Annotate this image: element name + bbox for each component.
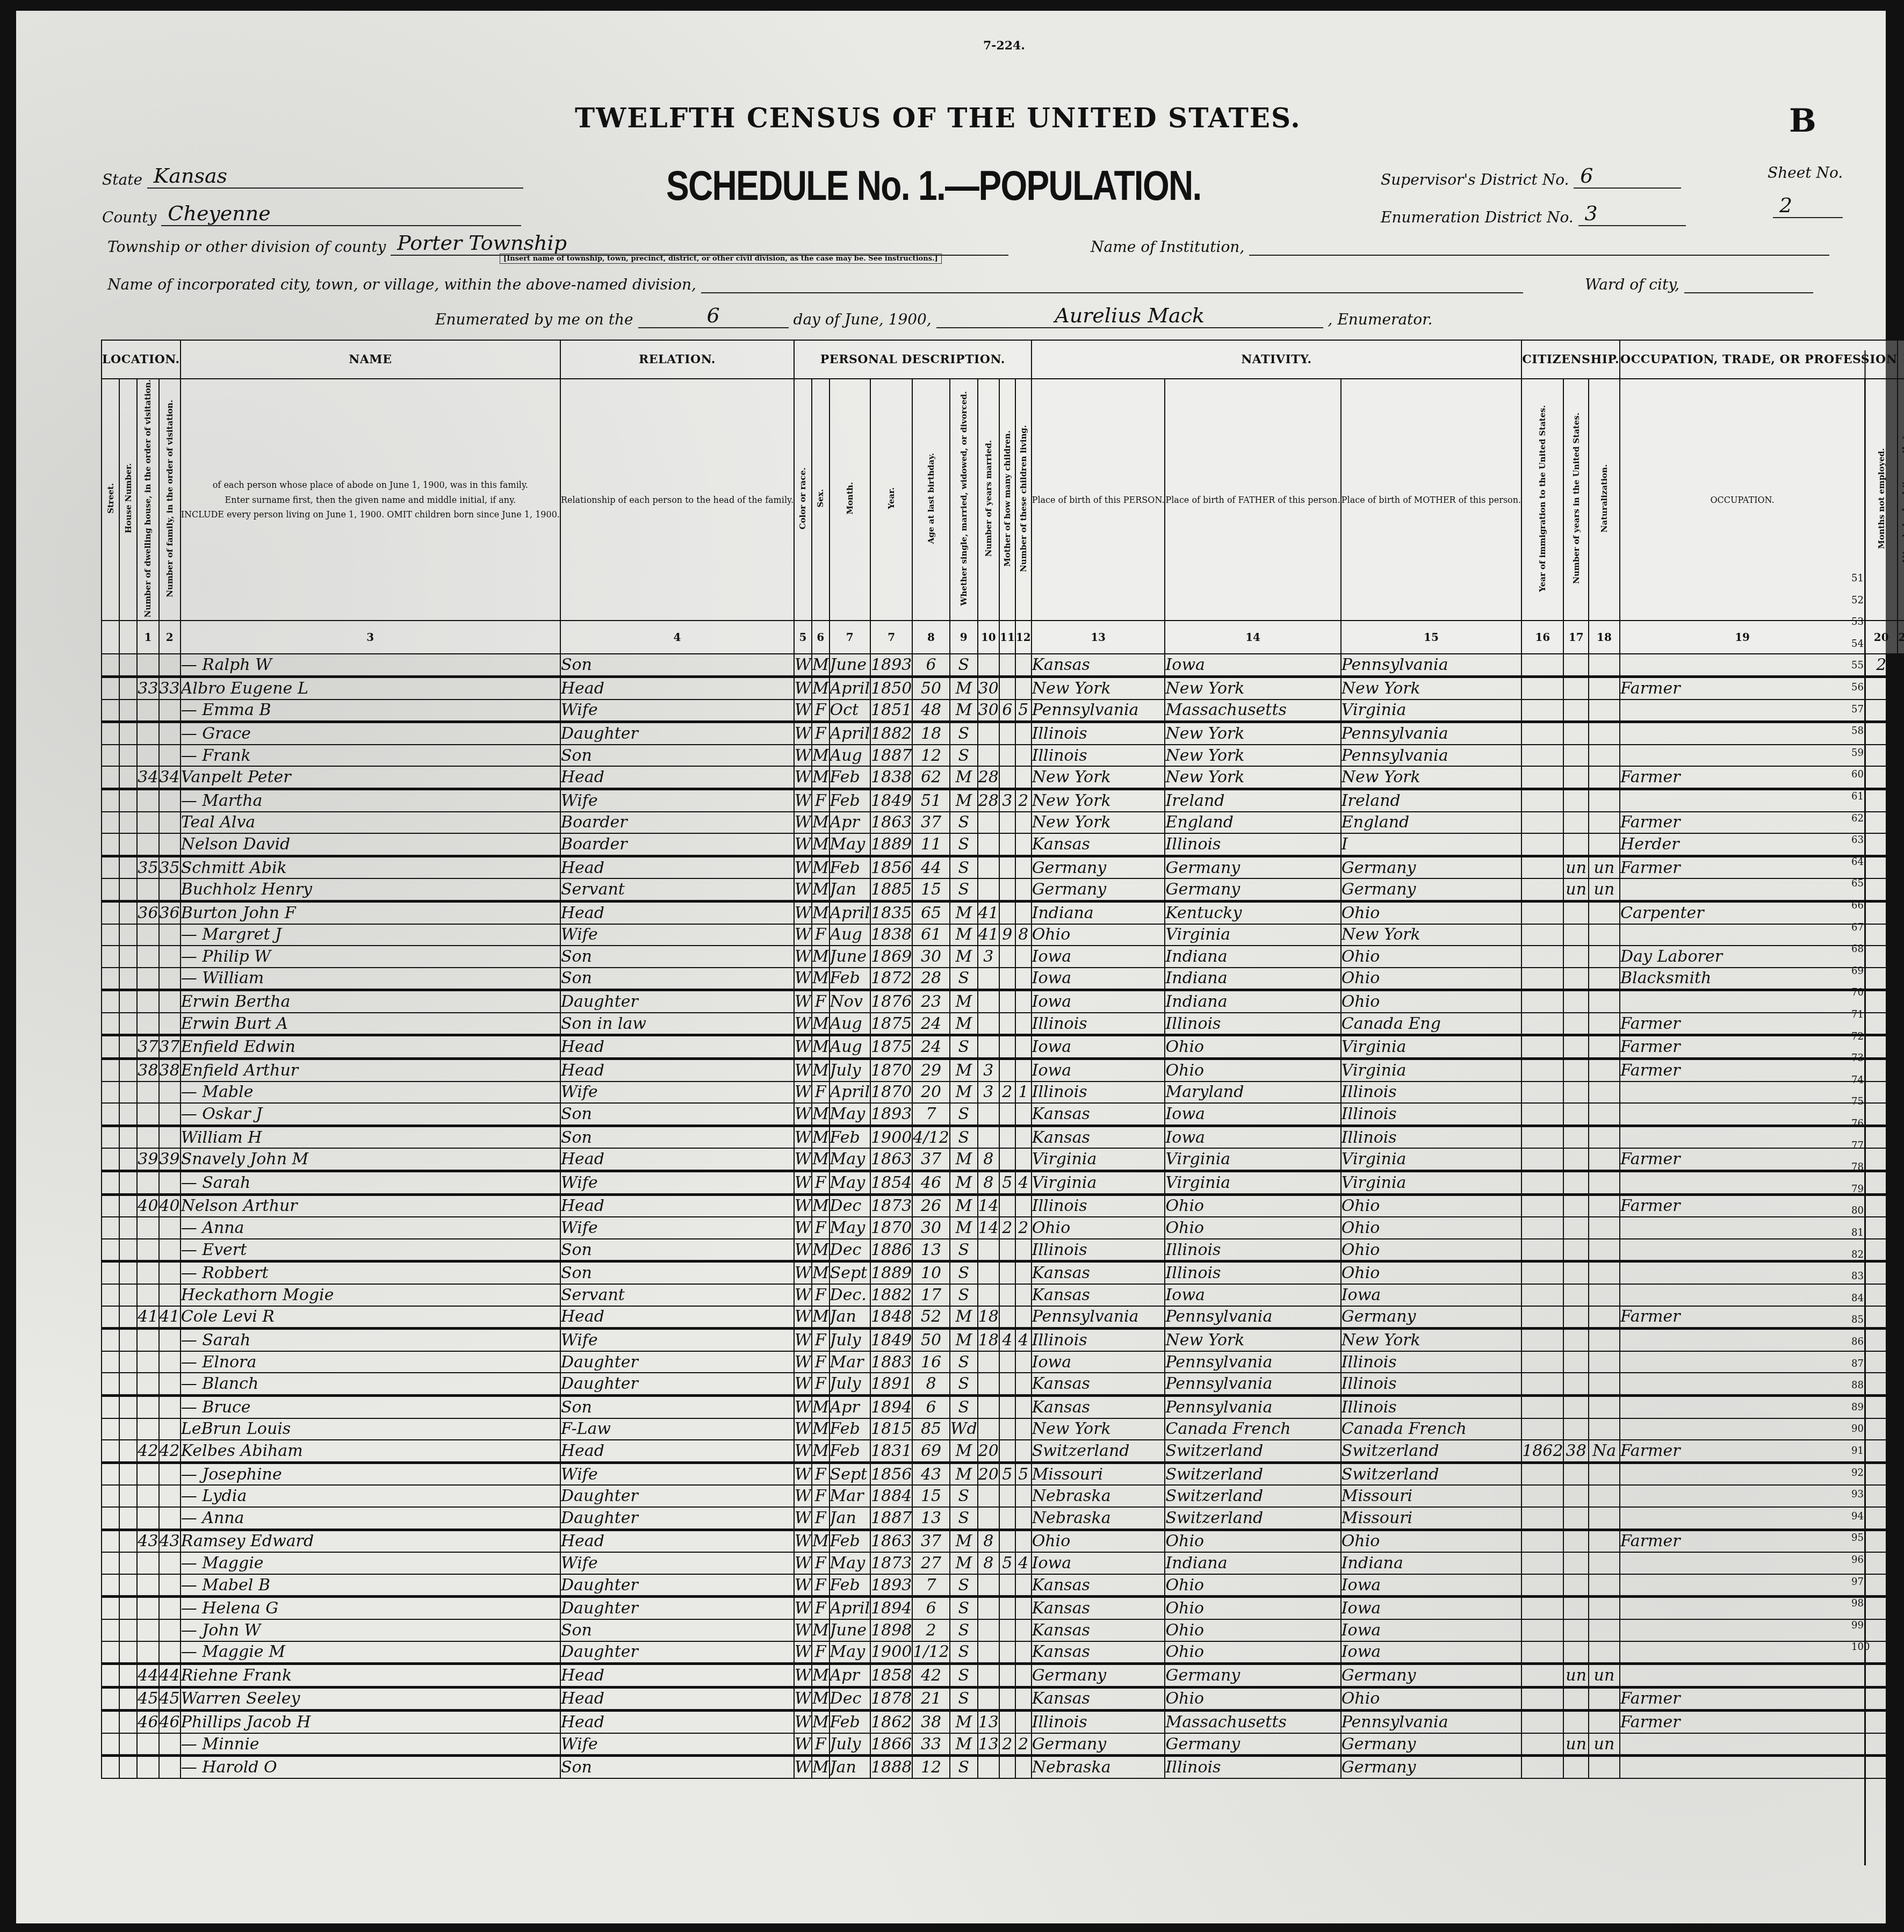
cell-empty (102, 766, 119, 789)
cell-rel: Servant (560, 878, 794, 901)
cell-name: — Lydia (181, 1485, 560, 1507)
sheet-number-field: 2 (1773, 193, 1843, 218)
cell-pob_m: Missouri (1341, 1507, 1521, 1530)
cell-year: 1900 (870, 1641, 912, 1664)
cell-mother (999, 1756, 1015, 1778)
cell-year: 1849 (870, 1329, 912, 1351)
cell-yrs_us (1563, 1507, 1588, 1530)
cell-unemp (1865, 1418, 1898, 1440)
cell-occ (1620, 1664, 1865, 1688)
cell-school: 8 (1898, 1261, 1904, 1284)
cell-name: — Blanch (181, 1373, 560, 1395)
cell-nat (1589, 901, 1620, 924)
cell-fam (159, 1619, 181, 1641)
cell-fam (159, 1329, 181, 1351)
column-label: Street. (106, 483, 116, 514)
cell-occ (1620, 1619, 1865, 1641)
cell-empty (102, 1418, 119, 1440)
cell-name: Buchholz Henry (181, 878, 560, 901)
cell-pob_m: New York (1341, 924, 1521, 946)
cell-nat: un (1589, 878, 1620, 901)
cell-dw (137, 1418, 158, 1440)
cell-marital: M (950, 766, 978, 789)
cell-occ: Carpenter (1620, 901, 1865, 924)
cell-occ (1620, 1103, 1865, 1126)
cell-color: W (794, 1597, 812, 1619)
cell-empty (102, 1756, 119, 1778)
cell-pob_f: Illinois (1165, 1756, 1340, 1778)
cell-empty (102, 1373, 119, 1395)
cell-pob_f: Canada French (1165, 1418, 1340, 1440)
cell-marital: S (950, 1261, 978, 1284)
cell-fam (159, 1103, 181, 1126)
cell-empty (119, 745, 137, 767)
state-field: State Kansas (102, 164, 523, 189)
column-number: 9 (950, 621, 978, 654)
cell-name: Warren Seeley (181, 1687, 560, 1711)
cell-age: 12 (912, 1756, 949, 1778)
cell-fam (159, 1507, 181, 1530)
cell-age: 12 (912, 745, 949, 767)
cell-imm (1521, 700, 1563, 722)
cell-living (1015, 1597, 1032, 1619)
cell-empty (102, 1171, 119, 1195)
table-row: — AnnaDaughterWFJan188713SNebraskaSwitze… (102, 1507, 1904, 1530)
cell-fam (159, 833, 181, 856)
cell-month: May (830, 1552, 870, 1574)
cell-pob: Ohio (1032, 924, 1165, 946)
cell-age: 38 (912, 1711, 949, 1733)
cell-name: Albro Eugene L (181, 676, 560, 699)
cell-mother (999, 1507, 1015, 1530)
cell-pob: Kansas (1032, 1373, 1165, 1395)
name-instruction-name_include: INCLUDE every person living on June 1, 1… (181, 509, 560, 520)
cell-empty (119, 1082, 137, 1104)
cell-marital: S (950, 968, 978, 990)
line-number: 61 (1851, 791, 1864, 802)
cell-mother (999, 722, 1015, 745)
cell-fam: 44 (159, 1664, 181, 1688)
cell-color: W (794, 1756, 812, 1778)
cell-nat (1589, 1035, 1620, 1059)
cell-occ (1620, 1552, 1865, 1574)
cell-sex: M (812, 856, 830, 878)
cell-empty (119, 901, 137, 924)
cell-empty (119, 766, 137, 789)
cell-empty (119, 1756, 137, 1778)
table-row: — AnnaWifeWFMay187030M1422OhioOhioOhioye… (102, 1217, 1904, 1239)
cell-yrs_m (978, 968, 999, 990)
cell-pob: Illinois (1032, 1329, 1165, 1351)
table-row: — ElnoraDaughterWFMar188316SIowaPennsylv… (102, 1351, 1904, 1373)
cell-yrs_us (1563, 1462, 1588, 1485)
cell-empty (102, 833, 119, 856)
cell-marital: M (950, 1462, 978, 1485)
cell-rel: F-Law (560, 1418, 794, 1440)
cell-unemp (1865, 1711, 1898, 1733)
cell-pob_m: New York (1341, 1329, 1521, 1351)
cell-school (1898, 1035, 1904, 1059)
cell-imm (1521, 1239, 1563, 1261)
cell-month: Sept (830, 1261, 870, 1284)
cell-pob_m: Virginia (1341, 1171, 1521, 1195)
cell-name: Teal Alva (181, 812, 560, 834)
column-number: 13 (1032, 621, 1165, 654)
personal-description-group-header: PERSONAL DESCRIPTION. (794, 340, 1032, 379)
cell-living: 1 (1015, 1082, 1032, 1104)
cell-month: May (830, 1217, 870, 1239)
cell-living (1015, 878, 1032, 901)
city-value (701, 269, 714, 292)
cell-dw: 43 (137, 1530, 158, 1552)
cell-age: 62 (912, 766, 949, 789)
cell-fam (159, 878, 181, 901)
cell-nat (1589, 1329, 1620, 1351)
cell-imm (1521, 946, 1563, 968)
cell-imm (1521, 901, 1563, 924)
cell-living (1015, 1485, 1032, 1507)
cell-year: 1851 (870, 700, 912, 722)
cell-pob: Nebraska (1032, 1756, 1165, 1778)
cell-age: 15 (912, 878, 949, 901)
cell-sex: M (812, 878, 830, 901)
cell-pob: Illinois (1032, 1013, 1165, 1035)
cell-sex: M (812, 1711, 830, 1733)
location-group-header: LOCATION. (102, 340, 181, 379)
line-number: 51 (1851, 573, 1864, 584)
cell-rel: Son (560, 654, 794, 676)
cell-pob_m: England (1341, 812, 1521, 834)
enumerated-suffix: day of June, 1900, (793, 311, 931, 328)
cell-month: Jan (830, 1306, 870, 1329)
cell-age: 29 (912, 1059, 949, 1082)
relation-column-description: Relationship of each person to the head … (560, 379, 794, 621)
cell-empty (102, 1013, 119, 1035)
cell-yrs_m: 8 (978, 1148, 999, 1171)
cell-nat (1589, 789, 1620, 811)
cell-marital: M (950, 990, 978, 1013)
cell-nat (1589, 1217, 1620, 1239)
line-number: 99 (1851, 1620, 1864, 1631)
cell-age: 37 (912, 812, 949, 834)
cell-fam (159, 722, 181, 745)
cell-nat (1589, 968, 1620, 990)
cell-imm (1521, 676, 1563, 699)
cell-mother (999, 1126, 1015, 1148)
cell-empty (119, 1597, 137, 1619)
cell-dw (137, 1082, 158, 1104)
cell-year: 1876 (870, 990, 912, 1013)
cell-mother (999, 968, 1015, 990)
cell-unemp (1865, 1284, 1898, 1306)
column-header-3: Number of family, in the order of visita… (159, 379, 181, 621)
cell-rel: Son (560, 745, 794, 767)
cell-mother (999, 1619, 1015, 1641)
cell-empty (102, 968, 119, 990)
table-row: LeBrun LouisF-LawWMFeb181585WdNew YorkCa… (102, 1418, 1904, 1440)
cell-occ (1620, 1462, 1865, 1485)
cell-color: W (794, 946, 812, 968)
table-row: — Maggie MDaughterWFMay19001/12SKansasOh… (102, 1641, 1904, 1664)
cell-rel: Wife (560, 789, 794, 811)
line-number: 81 (1851, 1227, 1864, 1238)
cell-yrs_us (1563, 1148, 1588, 1171)
line-number: 98 (1851, 1598, 1864, 1609)
cell-pob: Nebraska (1032, 1485, 1165, 1507)
cell-pob: Pennsylvania (1032, 1306, 1165, 1329)
cell-color: W (794, 1641, 812, 1664)
cell-marital: S (950, 1507, 978, 1530)
cell-mother (999, 990, 1015, 1013)
cell-color: W (794, 1194, 812, 1217)
cell-yrs_us (1563, 1239, 1588, 1261)
cell-yrs_us: un (1563, 856, 1588, 878)
cell-name: — Bruce (181, 1395, 560, 1418)
cell-pob_m: Ohio (1341, 1687, 1521, 1711)
cell-pob: New York (1032, 766, 1165, 789)
cell-school (1898, 1194, 1904, 1217)
cell-yrs_m: 8 (978, 1530, 999, 1552)
cell-name: Nelson David (181, 833, 560, 856)
cell-yrs_m (978, 990, 999, 1013)
cell-unemp (1865, 1530, 1898, 1552)
cell-living (1015, 946, 1032, 968)
cell-empty (119, 1687, 137, 1711)
cell-fam (159, 700, 181, 722)
cell-empty (102, 1440, 119, 1462)
cell-pob_f: Indiana (1165, 968, 1340, 990)
cell-living (1015, 1351, 1032, 1373)
cell-marital: S (950, 856, 978, 878)
column-number: 19 (1620, 621, 1865, 654)
cell-year: 1891 (870, 1373, 912, 1395)
line-number: 70 (1851, 987, 1864, 998)
cell-nat: un (1589, 1664, 1620, 1688)
cell-year: 1835 (870, 901, 912, 924)
cell-rel: Wife (560, 1171, 794, 1195)
cell-unemp (1865, 901, 1898, 924)
cell-color: W (794, 812, 812, 834)
cell-month: April (830, 676, 870, 699)
cell-pob: Virginia (1032, 1148, 1165, 1171)
cell-rel: Son (560, 1103, 794, 1126)
column-header-11: Whether single, married, widowed, or div… (950, 379, 978, 621)
cell-nat (1589, 1239, 1620, 1261)
cell-rel: Servant (560, 1284, 794, 1306)
cell-empty (119, 722, 137, 745)
cell-rel: Daughter (560, 1641, 794, 1664)
cell-pob_f: Indiana (1165, 1552, 1340, 1574)
cell-mother (999, 1103, 1015, 1126)
cell-empty (119, 924, 137, 946)
cell-age: 10 (912, 1261, 949, 1284)
cell-month: Jan (830, 1756, 870, 1778)
cell-rel: Head (560, 1440, 794, 1462)
cell-name: William H (181, 1126, 560, 1148)
cell-name: Snavely John M (181, 1148, 560, 1171)
cell-fam: 38 (159, 1059, 181, 1082)
cell-year: 1882 (870, 722, 912, 745)
cell-imm (1521, 1552, 1563, 1574)
cell-yrs_us (1563, 1261, 1588, 1284)
cell-imm (1521, 1013, 1563, 1035)
cell-unemp (1865, 789, 1898, 811)
cell-unemp (1865, 1597, 1898, 1619)
cell-sex: M (812, 1306, 830, 1329)
column-number: 11 (999, 621, 1015, 654)
cell-pob_f: Massachusetts (1165, 700, 1340, 722)
cell-living (1015, 1261, 1032, 1284)
cell-pob_f: Ireland (1165, 789, 1340, 811)
cell-year: 1831 (870, 1440, 912, 1462)
column-label: Number of dwelling house, in the order o… (143, 379, 153, 617)
cell-nat (1589, 1485, 1620, 1507)
cell-color: W (794, 833, 812, 856)
table-row: Erwin Burt ASon in lawWMAug187524MIllino… (102, 1013, 1904, 1035)
cell-pob_m: New York (1341, 766, 1521, 789)
cell-color: W (794, 745, 812, 767)
cell-nat (1589, 1597, 1620, 1619)
cell-empty (119, 1462, 137, 1485)
enumeration-district-label: Enumeration District No. (1381, 208, 1574, 226)
cell-marital: M (950, 1440, 978, 1462)
column-label: Sex. (816, 489, 825, 508)
column-number: 14 (1165, 621, 1340, 654)
cell-occ (1620, 1239, 1865, 1261)
education-group-header: EDUCATION. (1898, 340, 1904, 379)
cell-dw (137, 1485, 158, 1507)
cell-name: — Martha (181, 789, 560, 811)
cell-imm (1521, 1284, 1563, 1306)
cell-rel: Head (560, 1148, 794, 1171)
cell-color: W (794, 1306, 812, 1329)
cell-dw: 46 (137, 1711, 158, 1733)
table-row: — Helena GDaughterWFApril18946SKansasOhi… (102, 1597, 1904, 1619)
column-label: Naturalization. (1599, 464, 1609, 532)
enumeration-district-value: 3 (1578, 201, 1604, 225)
cell-yrs_m: 30 (978, 676, 999, 699)
cell-yrs_us (1563, 722, 1588, 745)
cell-sex: F (812, 1217, 830, 1239)
cell-empty (119, 833, 137, 856)
cell-occ (1620, 1395, 1865, 1418)
column-header-2: Number of dwelling house, in the order o… (137, 379, 158, 621)
line-number: 72 (1851, 1031, 1864, 1042)
cell-mother: 2 (999, 1733, 1015, 1756)
table-row: — Harold OSonWMJan188812SNebraskaIllinoi… (102, 1756, 1904, 1778)
cell-pob_f: Ohio (1165, 1574, 1340, 1597)
cell-living (1015, 833, 1032, 856)
cell-mother: 9 (999, 924, 1015, 946)
cell-empty (119, 789, 137, 811)
cell-school (1898, 1733, 1904, 1756)
cell-occ: Farmer (1620, 1035, 1865, 1059)
cell-mother (999, 1530, 1015, 1552)
cell-marital: Wd (950, 1418, 978, 1440)
cell-age: 7 (912, 1574, 949, 1597)
cell-sex: F (812, 722, 830, 745)
cell-color: W (794, 700, 812, 722)
cell-name: Nelson Arthur (181, 1194, 560, 1217)
cell-yrs_m: 28 (978, 766, 999, 789)
population-table: LOCATION. NAME RELATION. PERSONAL DESCRI… (101, 340, 1904, 1779)
cell-color: W (794, 901, 812, 924)
cell-pob: Kansas (1032, 1395, 1165, 1418)
line-number: 94 (1851, 1511, 1864, 1522)
cell-yrs_m (978, 1574, 999, 1597)
cell-name: Erwin Burt A (181, 1013, 560, 1035)
cell-pob_f: New York (1165, 1329, 1340, 1351)
cell-pob: Iowa (1032, 1552, 1165, 1574)
cell-sex: M (812, 1530, 830, 1552)
line-number: 53 (1851, 616, 1864, 628)
cell-empty (119, 700, 137, 722)
cell-nat (1589, 1261, 1620, 1284)
line-number: 54 (1851, 638, 1864, 650)
cell-marital: S (950, 833, 978, 856)
cell-pob: Iowa (1032, 1351, 1165, 1373)
cell-dw (137, 1597, 158, 1619)
cell-year: 1885 (870, 878, 912, 901)
cell-dw: 36 (137, 901, 158, 924)
cell-pob: Illinois (1032, 1082, 1165, 1104)
cell-mother (999, 1574, 1015, 1597)
cell-imm (1521, 1059, 1563, 1082)
cell-month: Aug (830, 924, 870, 946)
cell-unemp (1865, 1103, 1898, 1126)
cell-pob: Kansas (1032, 1641, 1165, 1664)
cell-empty (102, 1507, 119, 1530)
table-row: 4444Riehne FrankHeadWMApr185842SGermanyG… (102, 1664, 1904, 1688)
cell-pob: Iowa (1032, 990, 1165, 1013)
cell-living (1015, 990, 1032, 1013)
cell-sex: F (812, 1284, 830, 1306)
cell-school: 5 (1898, 722, 1904, 745)
cell-color: W (794, 1239, 812, 1261)
cell-empty (102, 1597, 119, 1619)
cell-dw: 44 (137, 1664, 158, 1688)
cell-empty (102, 924, 119, 946)
cell-fam (159, 968, 181, 990)
cell-nat (1589, 1148, 1620, 1171)
table-row: 3434Vanpelt PeterHeadWMFeb183862M28New Y… (102, 766, 1904, 789)
cell-mother (999, 1194, 1015, 1217)
cell-dw (137, 1395, 158, 1418)
cell-unemp (1865, 968, 1898, 990)
table-row: — Emma BWifeWFOct185148M3065Pennsylvania… (102, 700, 1904, 722)
cell-sex: M (812, 676, 830, 699)
cell-pob_m: Pennsylvania (1341, 654, 1521, 676)
cell-yrs_us (1563, 766, 1588, 789)
cell-fam: 35 (159, 856, 181, 878)
cell-dw (137, 1373, 158, 1395)
cell-mother (999, 1711, 1015, 1733)
cell-rel: Wife (560, 1552, 794, 1574)
cell-month: April (830, 901, 870, 924)
cell-living (1015, 1148, 1032, 1171)
cell-dw (137, 1574, 158, 1597)
cell-fam (159, 1395, 181, 1418)
cell-fam (159, 654, 181, 676)
cell-occ (1620, 878, 1865, 901)
cell-age: 4/12 (912, 1126, 949, 1148)
cell-living (1015, 1574, 1032, 1597)
cell-year: 1866 (870, 1733, 912, 1756)
line-number: 55 (1851, 660, 1864, 671)
cell-sex: F (812, 1641, 830, 1664)
cell-unemp: 2 (1865, 654, 1898, 676)
cell-pob: Iowa (1032, 946, 1165, 968)
